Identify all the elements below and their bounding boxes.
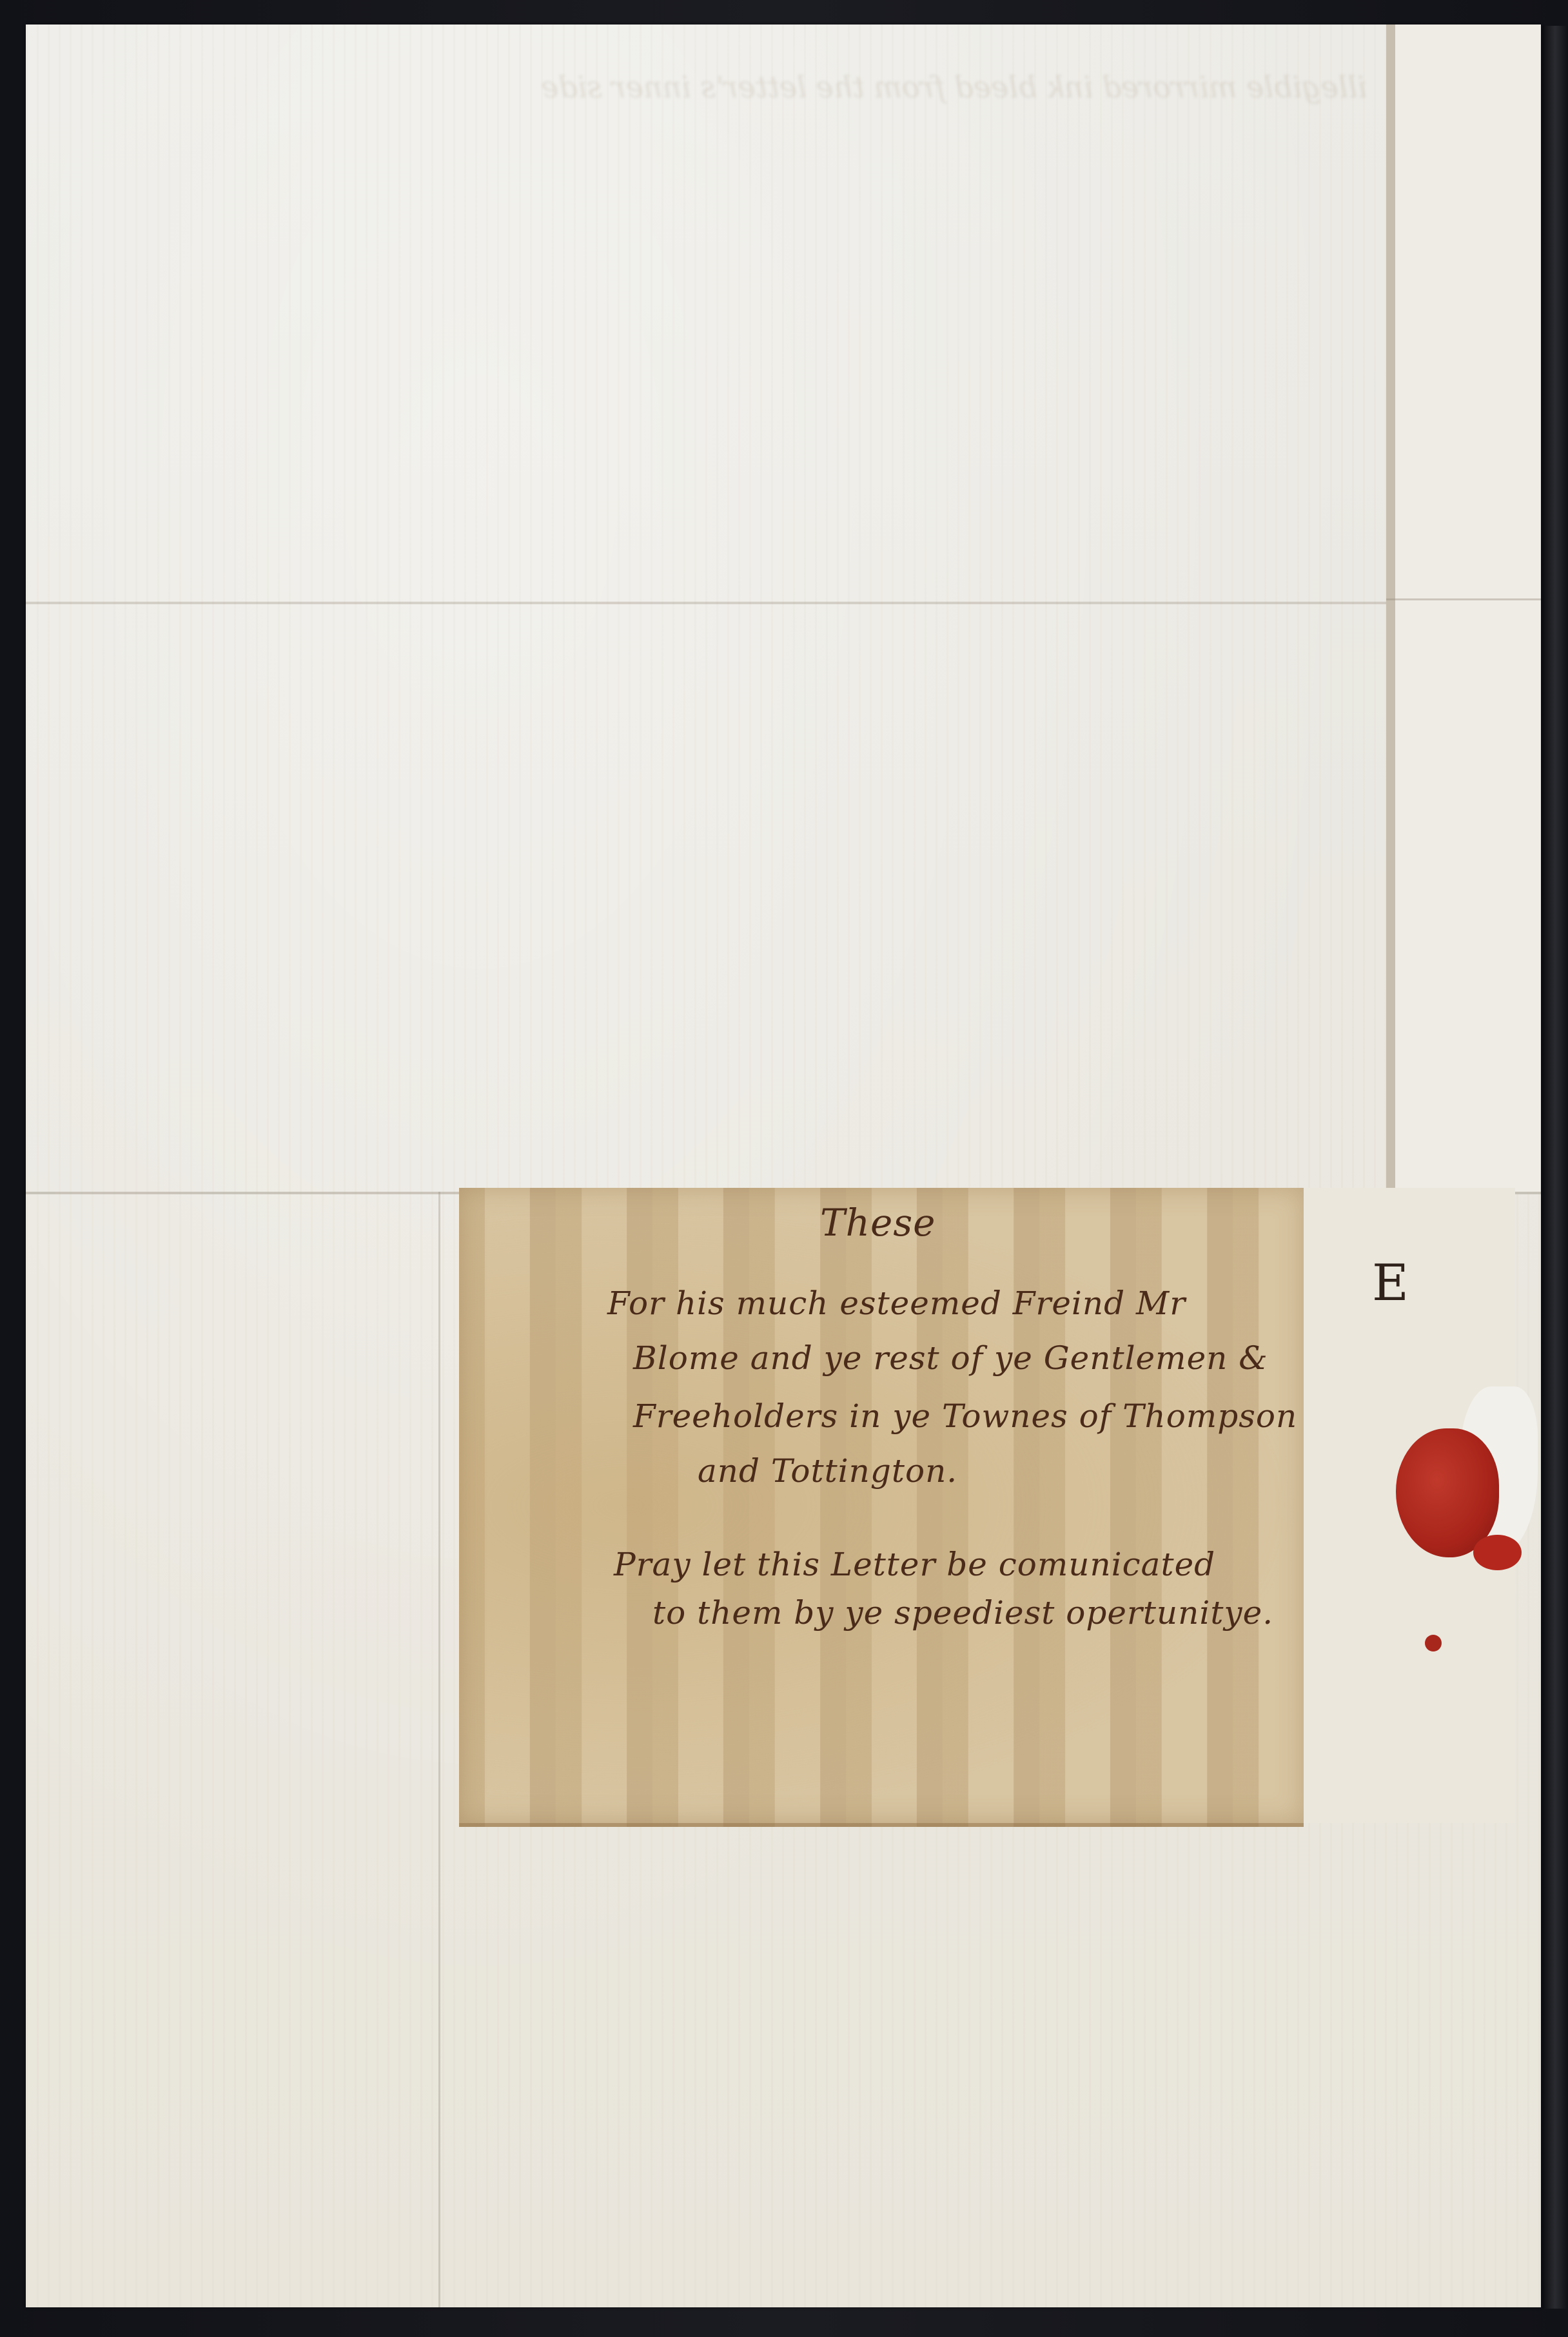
address-line-4: and Tottington. xyxy=(698,1452,957,1490)
instruction-line-1: Pray let this Letter be comunicated xyxy=(614,1546,1215,1583)
fold-line-horizontal-upper xyxy=(26,602,1541,604)
showthrough-ink: illegible mirrored ink bleed from the le… xyxy=(64,63,1367,1159)
wax-dot xyxy=(1425,1635,1442,1652)
address-line-1: For his much esteemed Freind Mr xyxy=(607,1285,1186,1322)
address-line-2: Blome and ye rest of ye Gentlemen & xyxy=(633,1339,1268,1377)
flap-crease xyxy=(1386,598,1541,600)
address-panel: These For his much esteemed Freind Mr Bl… xyxy=(459,1188,1304,1827)
fold-line-vertical-left xyxy=(438,1192,440,2307)
address-line-3: Freeholders in ye Townes of Thompson xyxy=(633,1397,1297,1435)
right-fold-flap xyxy=(1386,25,1541,1192)
marginal-mark: E xyxy=(1372,1254,1409,1312)
wax-drip xyxy=(1473,1535,1522,1570)
address-heading: These xyxy=(820,1201,936,1245)
backdrop-edge xyxy=(1542,26,1568,2309)
instruction-line-2: to them by ye speediest opertunitye. xyxy=(652,1594,1273,1632)
letter-sheet: illegible mirrored ink bleed from the le… xyxy=(26,25,1541,2307)
address-text: These For his much esteemed Freind Mr Bl… xyxy=(459,1188,1304,1823)
